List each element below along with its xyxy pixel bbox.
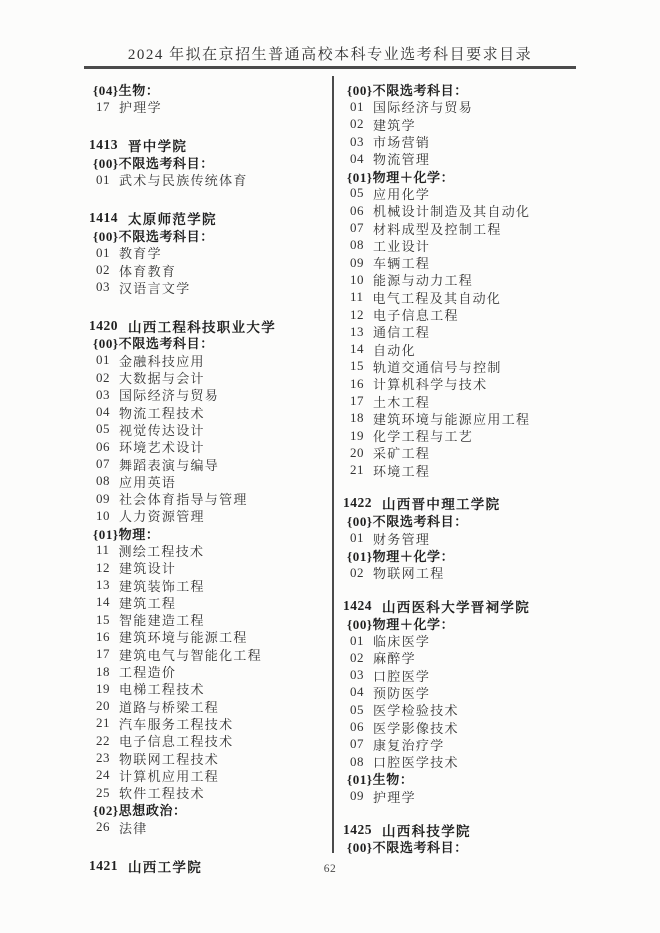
major-row: 24计算机应用工程 [89, 767, 331, 784]
major-name: 电梯工程技术 [119, 679, 205, 698]
major-name: 自动化 [373, 340, 416, 359]
major-name: 大数据与会计 [119, 368, 205, 387]
major-row: 05应用化学 [343, 185, 593, 202]
major-name: 轨道交通信号与控制 [373, 357, 502, 376]
major-code: 14 [96, 594, 110, 610]
school-row: 1422山西晋中理工学院 [343, 495, 593, 512]
major-row: 02体育教育 [89, 261, 331, 278]
major-row: 07材料成型及控制工程 [343, 219, 593, 236]
major-name: 舞蹈表演与编导 [119, 455, 219, 474]
major-code: 01 [350, 99, 364, 115]
major-row: 03汉语言文学 [89, 279, 331, 296]
major-row: 10能源与动力工程 [343, 271, 593, 288]
major-name: 护理学 [119, 97, 162, 116]
major-row: 02建筑学 [343, 116, 593, 133]
major-row: 01财务管理 [343, 529, 593, 546]
blank-line [343, 581, 593, 597]
school-row: 1425山西科技学院 [343, 821, 593, 838]
major-code: 08 [350, 237, 364, 253]
major-code: 20 [96, 698, 110, 714]
major-name: 电子信息工程技术 [119, 731, 233, 750]
major-name: 测绘工程技术 [119, 541, 205, 560]
major-code: 03 [96, 279, 110, 295]
school-row: 1413晋中学院 [89, 137, 331, 154]
major-row: 26法律 [89, 819, 331, 836]
major-row: 08工业设计 [343, 237, 593, 254]
major-name: 金融科技应用 [119, 351, 205, 370]
school-code: 1425 [343, 822, 372, 838]
major-name: 医学检验技术 [373, 700, 459, 719]
school-code: 1420 [89, 318, 118, 334]
major-name: 汉语言文学 [119, 278, 191, 297]
major-code: 01 [96, 172, 110, 188]
subject-group-heading: {01}物理＋化学： [343, 167, 593, 184]
major-row: 06环境艺术设计 [89, 438, 331, 455]
major-row: 18工程造价 [89, 663, 331, 680]
major-name: 工业设计 [373, 236, 430, 255]
major-code: 02 [96, 370, 110, 386]
major-name: 智能建造工程 [119, 610, 205, 629]
major-code: 05 [350, 702, 364, 718]
major-code: 23 [96, 750, 110, 766]
major-row: 12建筑设计 [89, 559, 331, 576]
major-code: 13 [96, 577, 110, 593]
major-row: 08应用英语 [89, 473, 331, 490]
major-code: 03 [350, 667, 364, 683]
major-name: 机械设计制造及其自动化 [373, 201, 530, 220]
major-name: 视觉传达设计 [119, 420, 205, 439]
subject-group-heading: {00}不限选考科目： [89, 154, 331, 171]
major-row: 20采矿工程 [343, 444, 593, 461]
major-row: 21环境工程 [343, 462, 593, 479]
major-code: 02 [350, 650, 364, 666]
major-code: 05 [350, 185, 364, 201]
major-code: 08 [350, 754, 364, 770]
major-code: 16 [350, 376, 364, 392]
subject-group-heading: {04}生物： [89, 81, 331, 98]
major-code: 06 [96, 439, 110, 455]
major-name: 建筑装饰工程 [119, 576, 205, 595]
major-row: 16建筑环境与能源工程 [89, 628, 331, 645]
major-code: 01 [96, 245, 110, 261]
major-name: 工程造价 [119, 662, 176, 681]
major-row: 02麻醉学 [343, 649, 593, 666]
major-code: 10 [96, 508, 110, 524]
major-code: 15 [350, 358, 364, 374]
major-code: 04 [350, 684, 364, 700]
major-code: 07 [96, 456, 110, 472]
major-row: 16计算机科学与技术 [343, 375, 593, 392]
major-row: 25软件工程技术 [89, 784, 331, 801]
major-name: 麻醉学 [373, 648, 416, 667]
major-code: 05 [96, 421, 110, 437]
major-name: 社会体育指导与管理 [119, 489, 248, 508]
school-row: 1414太原师范学院 [89, 209, 331, 226]
blank-line [89, 296, 331, 317]
page-number: 62 [0, 863, 660, 875]
right-column: {00}不限选考科目：01国际经济与贸易02建筑学03市场营销04物流管理{01… [343, 81, 593, 855]
subject-group-heading: {00}物理＋化学： [343, 615, 593, 632]
major-code: 12 [96, 560, 110, 576]
major-name: 电气工程及其自动化 [373, 288, 502, 307]
page-title: 2024 年拟在京招生普通高校本科专业选考科目要求目录 [0, 43, 660, 64]
major-name: 建筑电气与智能化工程 [119, 645, 262, 664]
school-code: 1422 [343, 495, 372, 511]
major-code: 17 [350, 393, 364, 409]
major-name: 建筑工程 [119, 593, 176, 612]
left-column: {04}生物：17护理学1413晋中学院{00}不限选考科目：01武术与民族传统… [89, 81, 331, 874]
major-row: 03国际经济与贸易 [89, 386, 331, 403]
major-row: 11电气工程及其自动化 [343, 289, 593, 306]
major-row: 01教育学 [89, 244, 331, 261]
subject-group-heading: {00}不限选考科目： [343, 81, 593, 98]
major-row: 15轨道交通信号与控制 [343, 358, 593, 375]
major-row: 17土木工程 [343, 392, 593, 409]
major-row: 02大数据与会计 [89, 369, 331, 386]
major-name: 汽车服务工程技术 [119, 714, 233, 733]
major-code: 21 [350, 462, 364, 478]
major-row: 10人力资源管理 [89, 507, 331, 524]
major-row: 21汽车服务工程技术 [89, 715, 331, 732]
major-name: 体育教育 [119, 261, 176, 280]
major-name: 物联网工程技术 [119, 749, 219, 768]
major-row: 13通信工程 [343, 323, 593, 340]
major-row: 09社会体育指导与管理 [89, 490, 331, 507]
major-name: 口腔医学技术 [373, 752, 459, 771]
major-name: 护理学 [373, 787, 416, 806]
major-row: 15智能建造工程 [89, 611, 331, 628]
title-divider-line [84, 66, 576, 69]
major-row: 11测绘工程技术 [89, 542, 331, 559]
major-code: 17 [96, 99, 110, 115]
major-code: 04 [96, 404, 110, 420]
major-row: 05医学检验技术 [343, 701, 593, 718]
major-name: 建筑学 [373, 115, 416, 134]
major-name: 土木工程 [373, 392, 430, 411]
major-row: 14自动化 [343, 340, 593, 357]
major-row: 04预防医学 [343, 684, 593, 701]
major-name: 应用英语 [119, 472, 176, 491]
major-name: 建筑环境与能源应用工程 [373, 409, 530, 428]
major-code: 07 [350, 220, 364, 236]
subject-group-heading: {02}思想政治： [89, 801, 331, 818]
major-name: 财务管理 [373, 529, 430, 548]
major-name: 市场营销 [373, 132, 430, 151]
major-row: 01金融科技应用 [89, 352, 331, 369]
subject-group-heading: {01}物理： [89, 525, 331, 542]
major-row: 04物流管理 [343, 150, 593, 167]
major-row: 07康复治疗学 [343, 736, 593, 753]
major-name: 临床医学 [373, 631, 430, 650]
major-name: 车辆工程 [373, 253, 430, 272]
blank-line [343, 805, 593, 821]
major-code: 09 [350, 255, 364, 271]
subject-group-heading: {01}物理＋化学： [343, 547, 593, 564]
major-row: 20道路与桥梁工程 [89, 698, 331, 715]
major-name: 教育学 [119, 243, 162, 262]
major-name: 应用化学 [373, 184, 430, 203]
major-code: 11 [350, 289, 364, 305]
major-name: 通信工程 [373, 322, 430, 341]
school-code: 1414 [89, 210, 118, 226]
major-code: 16 [96, 629, 110, 645]
major-name: 物流管理 [373, 149, 430, 168]
major-row: 01临床医学 [343, 632, 593, 649]
major-name: 国际经济与贸易 [119, 385, 219, 404]
major-code: 10 [350, 272, 364, 288]
subject-group-heading: {00}不限选考科目： [89, 227, 331, 244]
major-name: 环境艺术设计 [119, 437, 205, 456]
major-code: 22 [96, 733, 110, 749]
major-name: 预防医学 [373, 683, 430, 702]
major-name: 武术与民族传统体育 [119, 170, 248, 189]
major-name: 建筑设计 [119, 558, 176, 577]
major-row: 17护理学 [89, 98, 331, 115]
major-code: 06 [350, 203, 364, 219]
major-name: 康复治疗学 [373, 735, 445, 754]
blank-line [343, 479, 593, 495]
major-code: 15 [96, 612, 110, 628]
major-row: 03市场营销 [343, 133, 593, 150]
major-name: 电子信息工程 [373, 305, 459, 324]
major-row: 07舞蹈表演与编导 [89, 455, 331, 472]
major-row: 09护理学 [343, 788, 593, 805]
major-row: 03口腔医学 [343, 667, 593, 684]
major-code: 03 [350, 134, 364, 150]
document-page: 2024 年拟在京招生普通高校本科专业选考科目要求目录 {04}生物：17护理学… [0, 0, 660, 933]
major-name: 道路与桥梁工程 [119, 697, 219, 716]
major-name: 能源与动力工程 [373, 270, 473, 289]
major-code: 08 [96, 473, 110, 489]
major-row: 13建筑装饰工程 [89, 576, 331, 593]
major-code: 20 [350, 445, 364, 461]
major-row: 09车辆工程 [343, 254, 593, 271]
major-name: 软件工程技术 [119, 783, 205, 802]
major-code: 06 [350, 719, 364, 735]
major-name: 医学影像技术 [373, 718, 459, 737]
school-code: 1424 [343, 598, 372, 614]
major-code: 24 [96, 767, 110, 783]
major-code: 19 [96, 681, 110, 697]
blank-line [89, 116, 331, 137]
major-code: 01 [96, 352, 110, 368]
major-name: 口腔医学 [373, 666, 430, 685]
major-code: 14 [350, 341, 364, 357]
major-code: 01 [350, 530, 364, 546]
subject-group-heading: {01}生物： [343, 770, 593, 787]
major-row: 19电梯工程技术 [89, 680, 331, 697]
major-code: 19 [350, 428, 364, 444]
major-name: 物流工程技术 [119, 403, 205, 422]
major-name: 物联网工程 [373, 563, 445, 582]
major-code: 12 [350, 307, 364, 323]
major-code: 17 [96, 646, 110, 662]
major-code: 18 [350, 410, 364, 426]
major-row: 01武术与民族传统体育 [89, 171, 331, 188]
blank-line [89, 188, 331, 209]
major-row: 22电子信息工程技术 [89, 732, 331, 749]
major-name: 材料成型及控制工程 [373, 219, 502, 238]
major-name: 计算机应用工程 [119, 766, 219, 785]
major-row: 02物联网工程 [343, 564, 593, 581]
major-name: 人力资源管理 [119, 506, 205, 525]
major-name: 国际经济与贸易 [373, 97, 473, 116]
major-row: 14建筑工程 [89, 594, 331, 611]
major-code: 03 [96, 387, 110, 403]
subject-group-heading: {00}不限选考科目： [343, 512, 593, 529]
subject-group-heading: {00}不限选考科目： [89, 334, 331, 351]
major-code: 21 [96, 715, 110, 731]
major-row: 04物流工程技术 [89, 403, 331, 420]
major-name: 采矿工程 [373, 443, 430, 462]
major-row: 18建筑环境与能源应用工程 [343, 410, 593, 427]
major-code: 26 [96, 819, 110, 835]
major-name: 计算机科学与技术 [373, 374, 487, 393]
school-code: 1413 [89, 137, 118, 153]
school-row: 1424山西医科大学晋祠学院 [343, 597, 593, 614]
major-code: 11 [96, 542, 110, 558]
major-code: 09 [96, 491, 110, 507]
major-code: 04 [350, 151, 364, 167]
column-divider-line [332, 76, 334, 853]
major-name: 环境工程 [373, 461, 430, 480]
major-name: 化学工程与工艺 [373, 426, 473, 445]
major-code: 01 [350, 633, 364, 649]
major-code: 13 [350, 324, 364, 340]
major-row: 19化学工程与工艺 [343, 427, 593, 444]
major-row: 05视觉传达设计 [89, 421, 331, 438]
major-row: 06医学影像技术 [343, 718, 593, 735]
major-name: 建筑环境与能源工程 [119, 627, 248, 646]
major-code: 18 [96, 664, 110, 680]
major-code: 02 [96, 262, 110, 278]
major-row: 23物联网工程技术 [89, 749, 331, 766]
blank-line [89, 836, 331, 857]
major-code: 07 [350, 736, 364, 752]
major-row: 06机械设计制造及其自动化 [343, 202, 593, 219]
major-name: 法律 [119, 818, 148, 837]
major-code: 25 [96, 785, 110, 801]
major-code: 02 [350, 565, 364, 581]
subject-group-heading: {00}不限选考科目： [343, 838, 593, 855]
major-row: 17建筑电气与智能化工程 [89, 646, 331, 663]
major-row: 08口腔医学技术 [343, 753, 593, 770]
school-row: 1420山西工程科技职业大学 [89, 317, 331, 334]
major-row: 01国际经济与贸易 [343, 98, 593, 115]
major-code: 09 [350, 788, 364, 804]
major-code: 02 [350, 116, 364, 132]
major-row: 12电子信息工程 [343, 306, 593, 323]
